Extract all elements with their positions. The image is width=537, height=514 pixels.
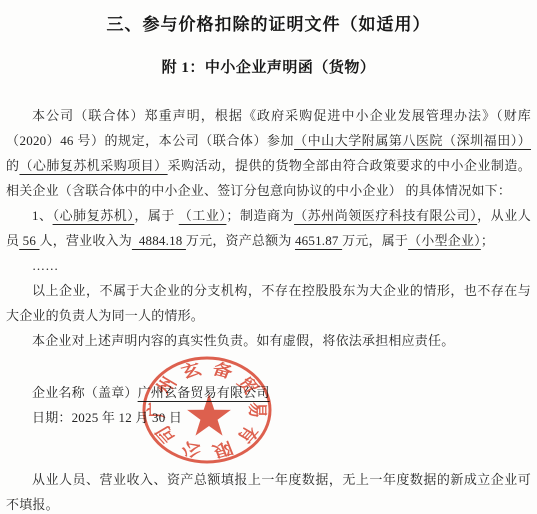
text-segment: 企业名称（盖章） <box>32 385 138 400</box>
no-large-enterprise-statement: 以上企业，不属于大企业的分支机构，不存在控股股东为大企业的情形，也不存在与大企业… <box>6 278 531 328</box>
text-segment: ，属于 <box>134 208 178 223</box>
underlined-field: （中山大学附属第八医院（深圳福田）） <box>294 133 531 148</box>
underlined-field: 广州玄备贸易有限公司 <box>138 385 270 400</box>
underlined-field: 4884.18 <box>132 233 186 248</box>
underlined-field: （工业） <box>179 208 227 223</box>
text-segment: 人，营业收入为 <box>40 233 132 248</box>
text-segment: 万元，属于 <box>342 233 408 248</box>
text-segment: …… <box>32 258 58 273</box>
text-segment: 日期：2025 年 12 月 30 日 <box>32 410 182 425</box>
underlined-field: 4651.87 <box>295 233 342 248</box>
text-segment: ；制造商为 <box>226 208 294 223</box>
attachment-title: 附 1：中小企业声明函（货物） <box>6 56 531 77</box>
text-segment: 以上企业，不属于大企业的分支机构，不存在控股股东为大企业的情形，也不存在与大企业… <box>6 283 531 323</box>
date-line: 日期：2025 年 12 月 30 日 <box>6 405 531 430</box>
text-segment: 的 <box>6 158 19 173</box>
declaration-document-page: 三、参与价格扣除的证明文件（如适用） 附 1：中小企业声明函（货物） 本公司（联… <box>0 0 537 514</box>
text-segment: 从业人员、营业收入、资产总额填报上一年度数据，无上一年度数据的新成立企业可不填报… <box>6 472 531 512</box>
document-body: 本公司（联合体）郑重声明，根据《政府采购促进中小企业发展管理办法》（财库（202… <box>6 103 531 514</box>
underlined-field: （苏州尚领医疗科技有限公司） <box>294 208 477 223</box>
footnote: 从业人员、营业收入、资产总额填报上一年度数据，无上一年度数据的新成立企业可不填报… <box>6 467 531 514</box>
text-segment: 万元，资产总额为 <box>186 233 295 248</box>
text-segment: 本企业对上述声明内容的真实性负责。如有虚假，将依法承担相应责任。 <box>32 333 454 348</box>
declaration-intro: 本公司（联合体）郑重声明，根据《政府采购促进中小企业发展管理办法》（财库（202… <box>6 103 531 203</box>
ellipsis-line: …… <box>6 253 531 278</box>
underlined-field: 56 <box>19 233 39 248</box>
underlined-field: （小型企业） <box>408 233 481 248</box>
underlined-field: （心肺复苏机） <box>53 208 135 223</box>
underlined-field: （心肺复苏机采购项目） <box>19 158 167 173</box>
text-segment: ； <box>481 233 494 248</box>
truthfulness-statement: 本企业对上述声明内容的真实性负责。如有虚假，将依法承担相应责任。 <box>6 328 531 353</box>
page-title: 三、参与价格扣除的证明文件（如适用） <box>6 10 531 35</box>
company-name-line: 企业名称（盖章）广州玄备贸易有限公司 <box>6 380 531 405</box>
text-segment: 1、 <box>32 208 53 223</box>
enterprise-item-1: 1、（心肺复苏机），属于 （工业）；制造商为（苏州尚领医疗科技有限公司），从业人… <box>6 203 531 253</box>
